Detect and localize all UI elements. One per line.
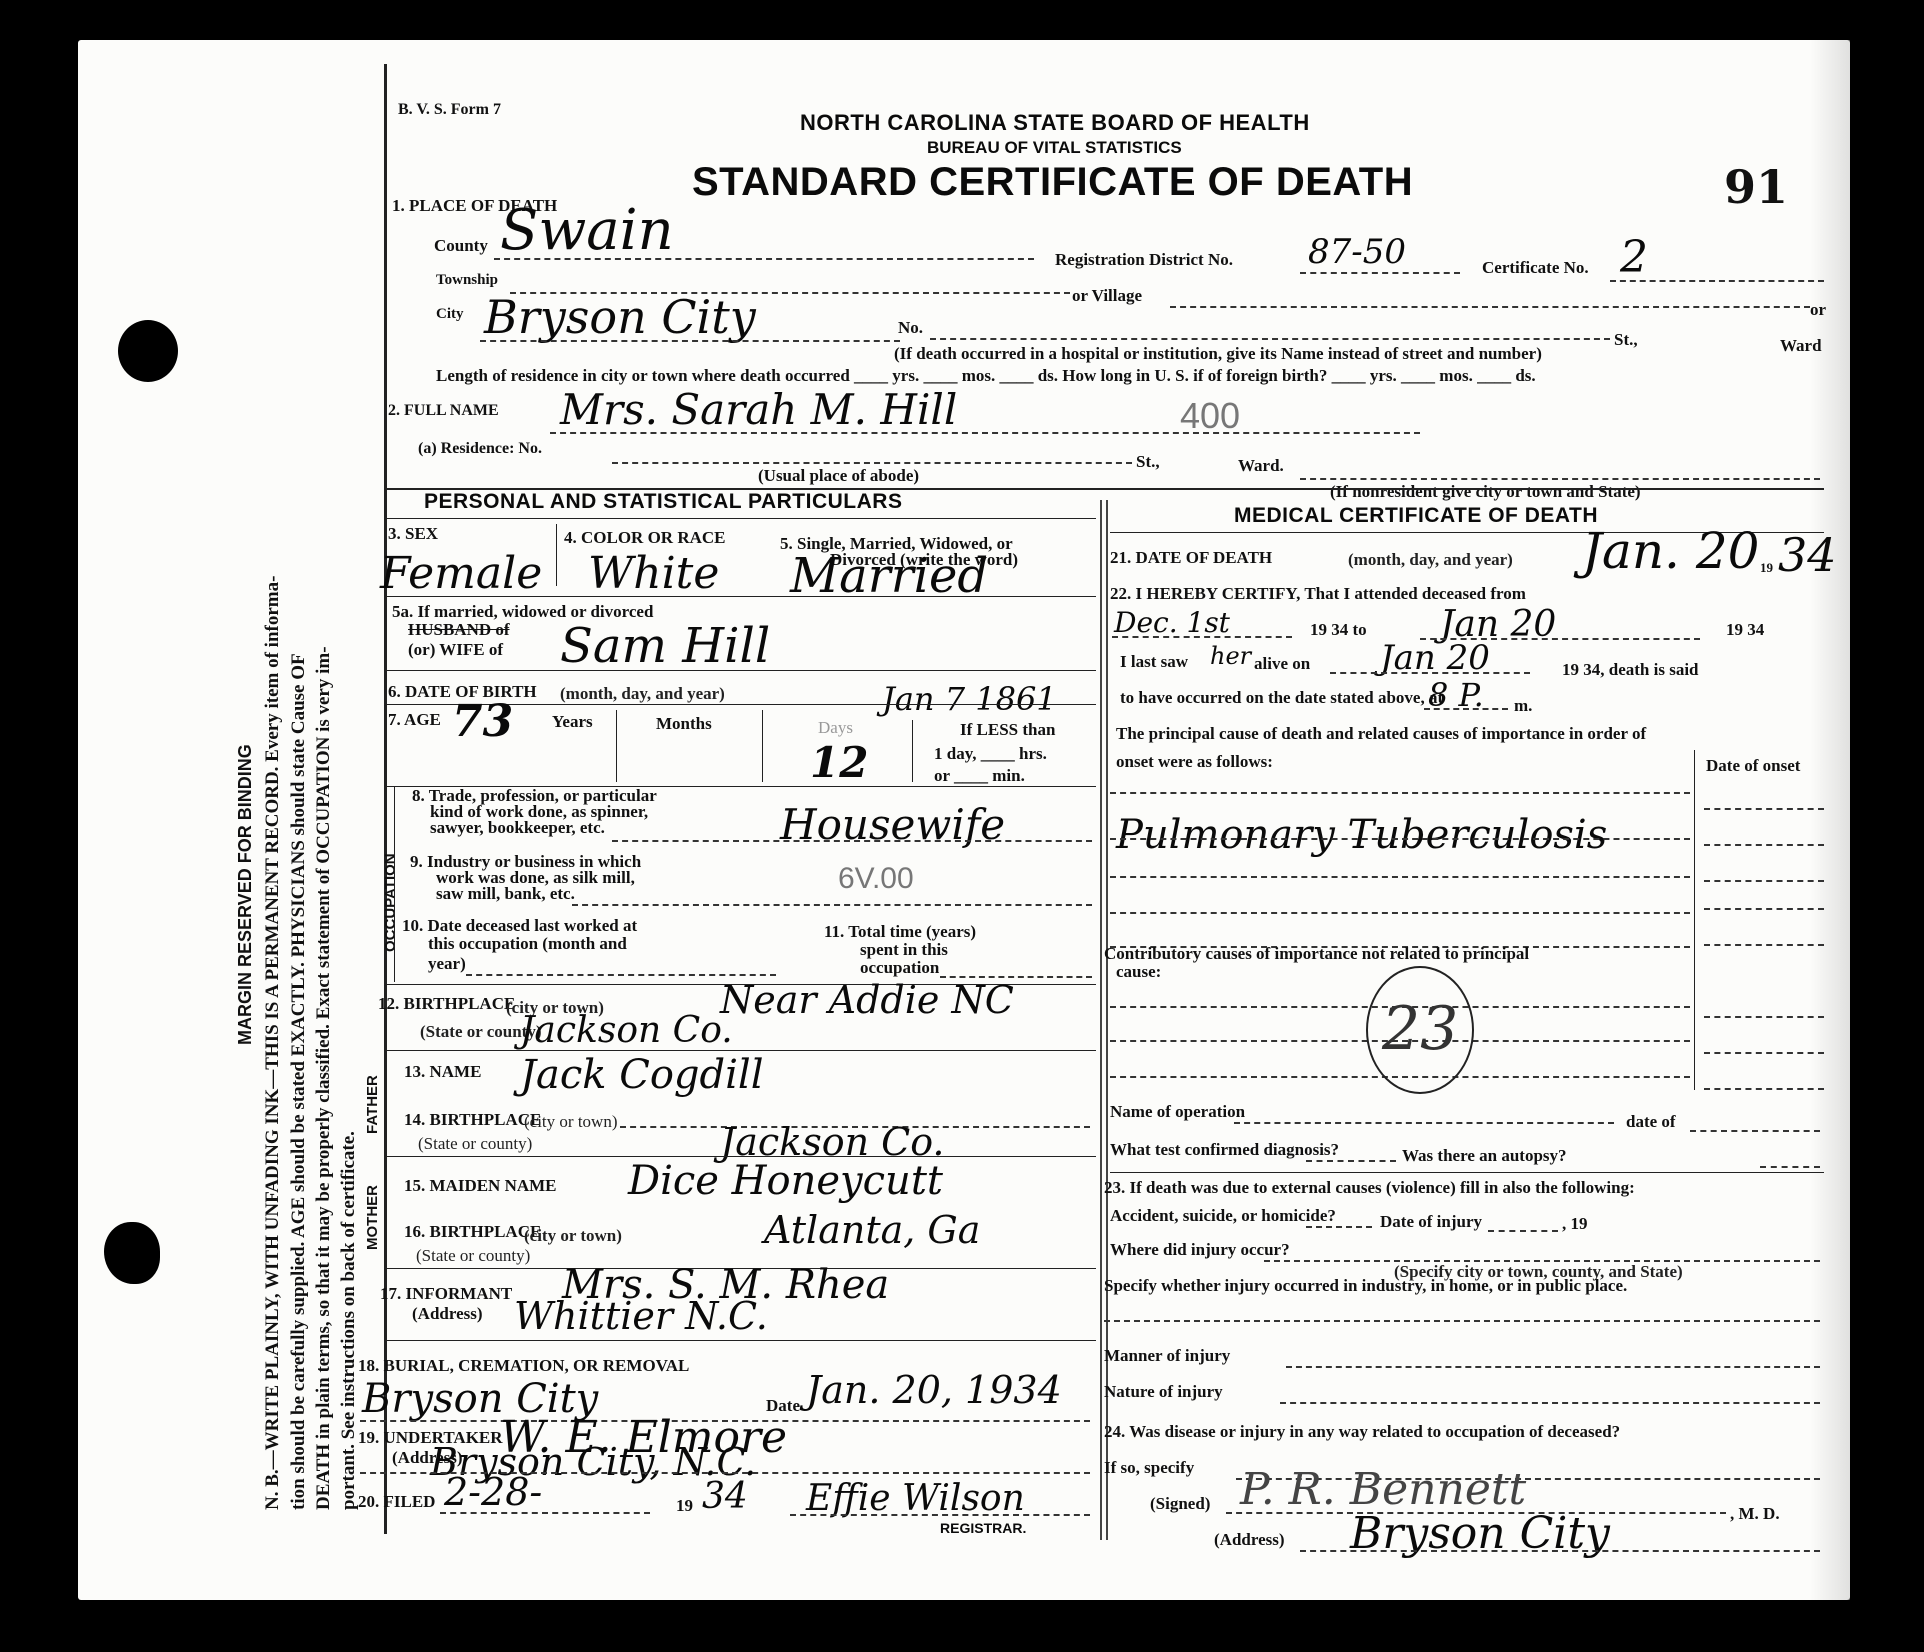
residence-ward-line: [1300, 478, 1820, 480]
signed-label: (Signed): [1150, 1494, 1210, 1514]
operation-label: Name of operation: [1110, 1102, 1245, 1122]
page-number: 91: [1724, 160, 1788, 214]
from-year-label: 19 34 to: [1310, 620, 1367, 640]
registration-district-value: 87-50: [1308, 232, 1406, 272]
full-name-label: 2. FULL NAME: [388, 402, 499, 420]
circled-code-value: 23: [1382, 994, 1458, 1064]
registrar-line: [790, 1514, 1090, 1516]
age-divider-1: [616, 710, 617, 782]
injury-date-label: Date of injury: [1380, 1212, 1482, 1232]
sex-label: 3. SEX: [388, 524, 438, 544]
external-causes-label: 23. If death was due to external causes …: [1104, 1178, 1635, 1198]
onset-line-5: [1704, 944, 1824, 946]
cause-line-2: [1110, 838, 1690, 840]
sex-value: Female: [380, 548, 542, 599]
industry-label-3: saw mill, bank, etc.: [436, 884, 575, 904]
occupation-side-rule: [394, 786, 395, 982]
spouse-value: Sam Hill: [560, 618, 770, 674]
last-saw-year-label: 19 34, death is said: [1562, 660, 1699, 680]
residence-ward-label: Ward.: [1238, 456, 1284, 476]
last-saw-label: I last saw: [1120, 652, 1188, 672]
trade-label-3: sawyer, bookkeeper, etc.: [430, 818, 605, 838]
months-label: Months: [656, 714, 712, 734]
mother-bp-value: Atlanta, Ga: [764, 1208, 980, 1252]
center-divider-a: [1100, 500, 1102, 1540]
medical-section-title: MEDICAL CERTIFICATE OF DEATH: [1234, 504, 1598, 528]
m-label: m.: [1514, 696, 1532, 716]
spouse-label-3: (or) WIFE of: [408, 640, 503, 660]
manner-label: Manner of injury: [1104, 1346, 1230, 1366]
dod-value: Jan. 20: [1582, 522, 1759, 580]
registration-district-label: Registration District No.: [1055, 250, 1233, 270]
father-bp-state-hint: (State or county): [418, 1134, 532, 1154]
full-name-line: [550, 432, 1420, 434]
full-name-annotation: 400: [1180, 395, 1240, 437]
dod-label: 21. DATE OF DEATH: [1110, 548, 1272, 568]
last-saw-pronoun: her: [1210, 642, 1251, 670]
accident-line: [1306, 1226, 1372, 1228]
county-line: [494, 258, 1034, 260]
informant-label: 17. INFORMANT: [380, 1284, 512, 1304]
county-label: County: [434, 236, 488, 256]
onset-divider: [1694, 750, 1695, 1090]
race-value: White: [588, 548, 719, 599]
rule-external: [1110, 1172, 1824, 1173]
mother-side-label: MOTHER: [364, 1185, 381, 1250]
hole-punch-bottom: [104, 1222, 160, 1284]
margin-instruction-4: portant. See instructions on back of cer…: [338, 1131, 360, 1510]
alive-on-label: alive on: [1254, 654, 1310, 674]
nonresident-note: (If nonresident give city or town and St…: [1330, 482, 1641, 502]
cause-label-2: onset were as follows:: [1116, 752, 1273, 772]
city-label: City: [436, 306, 464, 323]
time-line: [1424, 708, 1508, 710]
injury-date-line: [1488, 1230, 1558, 1232]
date-of-onset-label: Date of onset: [1706, 756, 1800, 776]
operation-date-line: [1690, 1130, 1820, 1132]
filed-date-line: [440, 1512, 650, 1514]
father-side-label: FATHER: [364, 1075, 381, 1134]
accident-label: Accident, suicide, or homicide?: [1110, 1206, 1336, 1226]
attended-from-value: Dec. 1st: [1114, 606, 1230, 639]
specify-place-label: Specify whether injury occurred in indus…: [1104, 1276, 1627, 1296]
nature-label: Nature of injury: [1104, 1382, 1223, 1402]
md-label: , M. D.: [1730, 1504, 1780, 1524]
rule-row6: [386, 670, 1096, 671]
residence-st-label: St.,: [1136, 452, 1160, 472]
age-divider-2: [762, 710, 763, 782]
age-years-value: 73: [452, 696, 513, 747]
cause-line-1: [1110, 792, 1690, 794]
abode-note: (Usual place of abode): [758, 466, 919, 486]
father-name-label: 13. NAME: [404, 1062, 481, 1082]
total-time-label-2: spent in this: [860, 940, 948, 960]
form-left-rule: [384, 64, 387, 1534]
if-so-label: If so, specify: [1104, 1458, 1194, 1478]
total-time-label-3: occupation: [860, 958, 939, 978]
last-saw-line: [1330, 672, 1530, 674]
village-line: [1170, 306, 1810, 308]
last-worked-line: [466, 974, 776, 976]
rule-father: [386, 1050, 1096, 1051]
hospital-note: (If death occurred in a hospital or inst…: [894, 344, 1542, 364]
personal-section-title: PERSONAL AND STATISTICAL PARTICULARS: [424, 490, 902, 514]
burial-date-value: Jan. 20, 1934: [806, 1368, 1062, 1412]
st-label: St.,: [1614, 330, 1638, 350]
residence-line: [612, 462, 1132, 464]
trade-line: [612, 840, 1092, 842]
less-than-1: If LESS than: [960, 720, 1055, 740]
margin-instruction-3: DEATH in plain terms, so that it may be …: [313, 646, 335, 1510]
operation-date-label: date of: [1626, 1112, 1676, 1132]
birthplace-state-value: Jackson Co.: [520, 1010, 733, 1051]
dob-hint: (month, day, and year): [560, 684, 725, 704]
informant-address-label: (Address): [412, 1304, 483, 1324]
contributory-label-1: Contributory causes of importance not re…: [1104, 944, 1529, 964]
age-label: 7. AGE: [388, 710, 441, 730]
registrar-label: REGISTRAR.: [940, 1520, 1026, 1536]
certificate-no-label: Certificate No.: [1482, 258, 1589, 278]
agency-name: NORTH CAROLINA STATE BOARD OF HEALTH: [800, 110, 1310, 136]
certify-label: 22. I HEREBY CERTIFY, That I attended de…: [1110, 584, 1526, 604]
hole-punch-top: [118, 320, 178, 382]
father-bp-hint: (city or town): [524, 1112, 617, 1132]
form-id: B. V. S. Form 7: [398, 101, 501, 119]
less-than-3: or ____ min.: [934, 766, 1025, 786]
rule-mother: [386, 1156, 1096, 1157]
margin-instruction-1: N. B.—WRITE PLAINLY, WITH UNFADING INK—T…: [262, 576, 284, 1510]
test-label: What test confirmed diagnosis?: [1110, 1140, 1339, 1160]
street-no-label: No.: [898, 318, 923, 338]
margin-instruction-2: tion should be carefully supplied. AGE s…: [288, 653, 310, 1510]
village-label: or Village: [1072, 286, 1142, 306]
occupation-side-label: OCCUPATION: [382, 853, 399, 952]
race-label: 4. COLOR OR RACE: [564, 528, 726, 548]
mother-name-label: 15. MAIDEN NAME: [404, 1176, 557, 1196]
margin-binding-note: MARGIN RESERVED FOR BINDING: [235, 744, 256, 1045]
certificate-no-value: 2: [1620, 232, 1648, 283]
informant-address-value: Whittier N.C.: [514, 1294, 768, 1338]
birthplace-label: 12. BIRTHPLACE: [378, 994, 515, 1014]
father-name-value: Jack Cogdill: [520, 1052, 764, 1098]
residence-label: (a) Residence: No.: [418, 440, 542, 458]
days-label: Days: [818, 718, 853, 738]
autopsy-line: [1760, 1166, 1820, 1168]
onset-line-8: [1704, 1088, 1824, 1090]
last-worked-label-2: this occupation (month and: [428, 934, 627, 954]
dod-year-prefix: 19: [1760, 560, 1773, 576]
specify-place-line: [1104, 1320, 1820, 1322]
cause-label-1: The principal cause of death and related…: [1116, 724, 1646, 744]
onset-line-2: [1704, 844, 1824, 846]
contributory-label-2: cause:: [1116, 962, 1161, 982]
dod-hint: (month, day, and year): [1348, 550, 1513, 570]
mother-bp-label: 16. BIRTHPLACE: [404, 1222, 541, 1242]
certificate-line: [1610, 280, 1824, 282]
rule-row5a: [386, 596, 1096, 597]
onset-line-3: [1704, 880, 1824, 882]
onset-line-6: [1704, 1016, 1824, 1018]
occurred-label: to have occurred on the date stated abov…: [1120, 688, 1443, 708]
filed-year-prefix: 19: [676, 1496, 693, 1516]
township-label: Township: [436, 272, 498, 289]
filed-year-value: 34: [702, 1476, 748, 1517]
to-year-label: 19 34: [1726, 620, 1764, 640]
sex-race-divider: [556, 524, 557, 586]
birthplace-city-value: Near Addie NC: [720, 978, 1014, 1022]
burial-label: 18. BURIAL, CREMATION, OR REMOVAL: [358, 1356, 689, 1376]
filed-date-value: 2-28-: [444, 1470, 542, 1514]
attended-from-line: [1112, 636, 1292, 638]
or-label: or: [1810, 300, 1826, 320]
last-worked-label-3: year): [428, 954, 466, 974]
operation-line: [1234, 1122, 1614, 1124]
residence-length-label: Length of residence in city or town wher…: [436, 366, 1536, 386]
mother-bp-state-hint: (State or county): [416, 1246, 530, 1266]
mother-bp-hint: (city or town): [524, 1226, 622, 1246]
dod-year-value: 34: [1778, 528, 1837, 582]
less-than-2: 1 day, ____ hrs.: [934, 744, 1047, 764]
autopsy-label: Was there an autopsy?: [1402, 1146, 1567, 1166]
parents-side-rule: [384, 1050, 385, 1268]
bureau-name: BUREAU OF VITAL STATISTICS: [927, 138, 1182, 158]
onset-line-4: [1704, 908, 1824, 910]
cause-line-3: [1110, 876, 1690, 878]
mother-name-value: Dice Honeycutt: [628, 1158, 943, 1204]
full-name-value: Mrs. Sarah M. Hill: [560, 385, 957, 434]
city-value: Bryson City: [484, 290, 756, 344]
county-value: Swain: [500, 198, 674, 263]
principal-cause-value: Pulmonary Tuberculosis: [1116, 812, 1607, 858]
street-line: [930, 338, 1610, 340]
physician-address-label: (Address): [1214, 1530, 1285, 1550]
nature-line: [1280, 1402, 1820, 1404]
industry-annotation: 6V.00: [838, 862, 914, 896]
district-line: [1300, 272, 1460, 274]
where-label: Where did injury occur?: [1110, 1240, 1290, 1260]
industry-line: [572, 904, 1092, 906]
city-line: [480, 340, 900, 342]
spouse-label-2: HUSBAND of: [408, 620, 510, 640]
cause-line-4: [1110, 912, 1690, 914]
total-time-label-1: 11. Total time (years): [824, 922, 976, 942]
injury-year-label: , 19: [1562, 1214, 1588, 1234]
dob-value: Jan 7 1861: [882, 680, 1057, 718]
page-title: STANDARD CERTIFICATE OF DEATH: [692, 160, 1413, 205]
test-line: [1306, 1160, 1396, 1162]
last-worked-label-1: 10. Date deceased last worked at: [402, 916, 637, 936]
registrar-signature: Effie Wilson: [806, 1478, 1025, 1519]
age-divider-3: [912, 720, 913, 782]
onset-line-7: [1704, 1052, 1824, 1054]
rule-row3: [386, 518, 1096, 519]
manner-line: [1286, 1366, 1820, 1368]
filed-label: 20. FILED: [358, 1492, 435, 1512]
father-bp-label: 14. BIRTHPLACE: [404, 1110, 541, 1130]
q24-label: 24. Was disease or injury in any way rel…: [1104, 1422, 1620, 1442]
years-label: Years: [552, 712, 593, 732]
age-days-value: 12: [810, 738, 868, 787]
physician-address-line: [1300, 1550, 1820, 1552]
ward-label: Ward: [1780, 336, 1822, 356]
onset-line-1: [1704, 808, 1824, 810]
rule-burial: [386, 1340, 1096, 1341]
